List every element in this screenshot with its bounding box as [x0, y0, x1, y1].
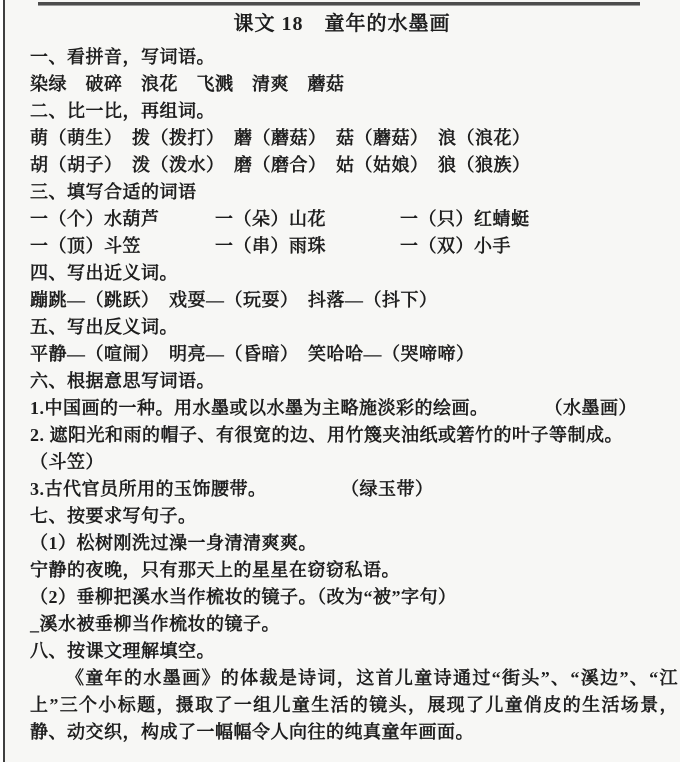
section-1-words: 染绿 破碎 浪花 飞溅 清爽 蘑菇	[30, 71, 678, 98]
section-3-row-2-col-1: 一（顶）斗笠	[30, 233, 215, 260]
section-3-row-1-col-1: 一（个）水葫芦	[30, 206, 215, 233]
section-3-row-2-col-3: 一（双）小手	[400, 233, 678, 260]
section-2-line-1: 萌（萌生） 拨（拨打） 蘑（蘑菇） 菇（蘑菇） 浪（浪花）	[30, 125, 678, 152]
section-1-heading: 一、看拼音，写词语。	[30, 44, 678, 71]
section-7-item-1: （1）松树刚洗过澡一身清清爽爽。	[30, 530, 678, 557]
section-3-row-1-col-2: 一（朵）山花	[215, 206, 400, 233]
section-2-line-2: 胡（胡子） 泼（泼水） 磨（磨合） 姑（姑娘） 狼（狼族）	[30, 152, 678, 179]
section-7-item-2: （2）垂柳把溪水当作梳妆的镜子。（改为“被”字句）	[30, 584, 678, 611]
section-3-row-2: 一（顶）斗笠 一（串）雨珠 一（双）小手	[30, 233, 678, 260]
scanned-worksheet-page: 课文 18 童年的水墨画 一、看拼音，写词语。 染绿 破碎 浪花 飞溅 清爽 蘑…	[0, 0, 680, 762]
left-border-line	[3, 0, 5, 762]
section-7-item-2-answer: _溪水被垂柳当作梳妆的镜子。	[30, 611, 678, 638]
document-content: 课文 18 童年的水墨画 一、看拼音，写词语。 染绿 破碎 浪花 飞溅 清爽 蘑…	[30, 6, 678, 746]
section-3-row-1: 一（个）水葫芦 一（朵）山花 一（只）红蜻蜓	[30, 206, 678, 233]
section-3-heading: 三、填写合适的词语	[30, 179, 678, 206]
section-2-heading: 二、比一比，再组词。	[30, 98, 678, 125]
section-8-heading: 八、按课文理解填空。	[30, 638, 678, 665]
section-8-paragraph: 《童年的水墨画》的体裁是诗词，这首儿童诗通过“街头”、“溪边”、“江上”三个小标…	[30, 665, 678, 746]
page-title: 课文 18 童年的水墨画	[30, 6, 678, 44]
section-6-item-2-answer: （斗笠）	[30, 449, 678, 476]
section-7-heading: 七、按要求写句子。	[30, 503, 678, 530]
section-6-heading: 六、根据意思写词语。	[30, 368, 678, 395]
top-rule-line	[38, 2, 640, 5]
section-6-item-2: 2. 遮阳光和雨的帽子、有很宽的边、用竹篾夹油纸或箬竹的叶子等制成。	[30, 422, 678, 449]
section-4-heading: 四、写出近义词。	[30, 260, 678, 287]
section-7-item-1-answer: 宁静的夜晚，只有那天上的星星在窃窃私语。	[30, 557, 678, 584]
section-5-words: 平静—（喧闹） 明亮—（昏暗） 笑哈哈—（哭啼啼）	[30, 341, 678, 368]
section-5-heading: 五、写出反义词。	[30, 314, 678, 341]
section-4-words: 蹦跳—（跳跃） 戏耍—（玩耍） 抖落—（抖下）	[30, 287, 678, 314]
section-6-item-3: 3.古代官员所用的玉饰腰带。 （绿玉带）	[30, 476, 678, 503]
section-3-row-2-col-2: 一（串）雨珠	[215, 233, 400, 260]
section-6-item-1: 1.中国画的一种。用水墨或以水墨为主略施淡彩的绘画。 （水墨画）	[30, 395, 678, 422]
section-3-row-1-col-3: 一（只）红蜻蜓	[400, 206, 678, 233]
